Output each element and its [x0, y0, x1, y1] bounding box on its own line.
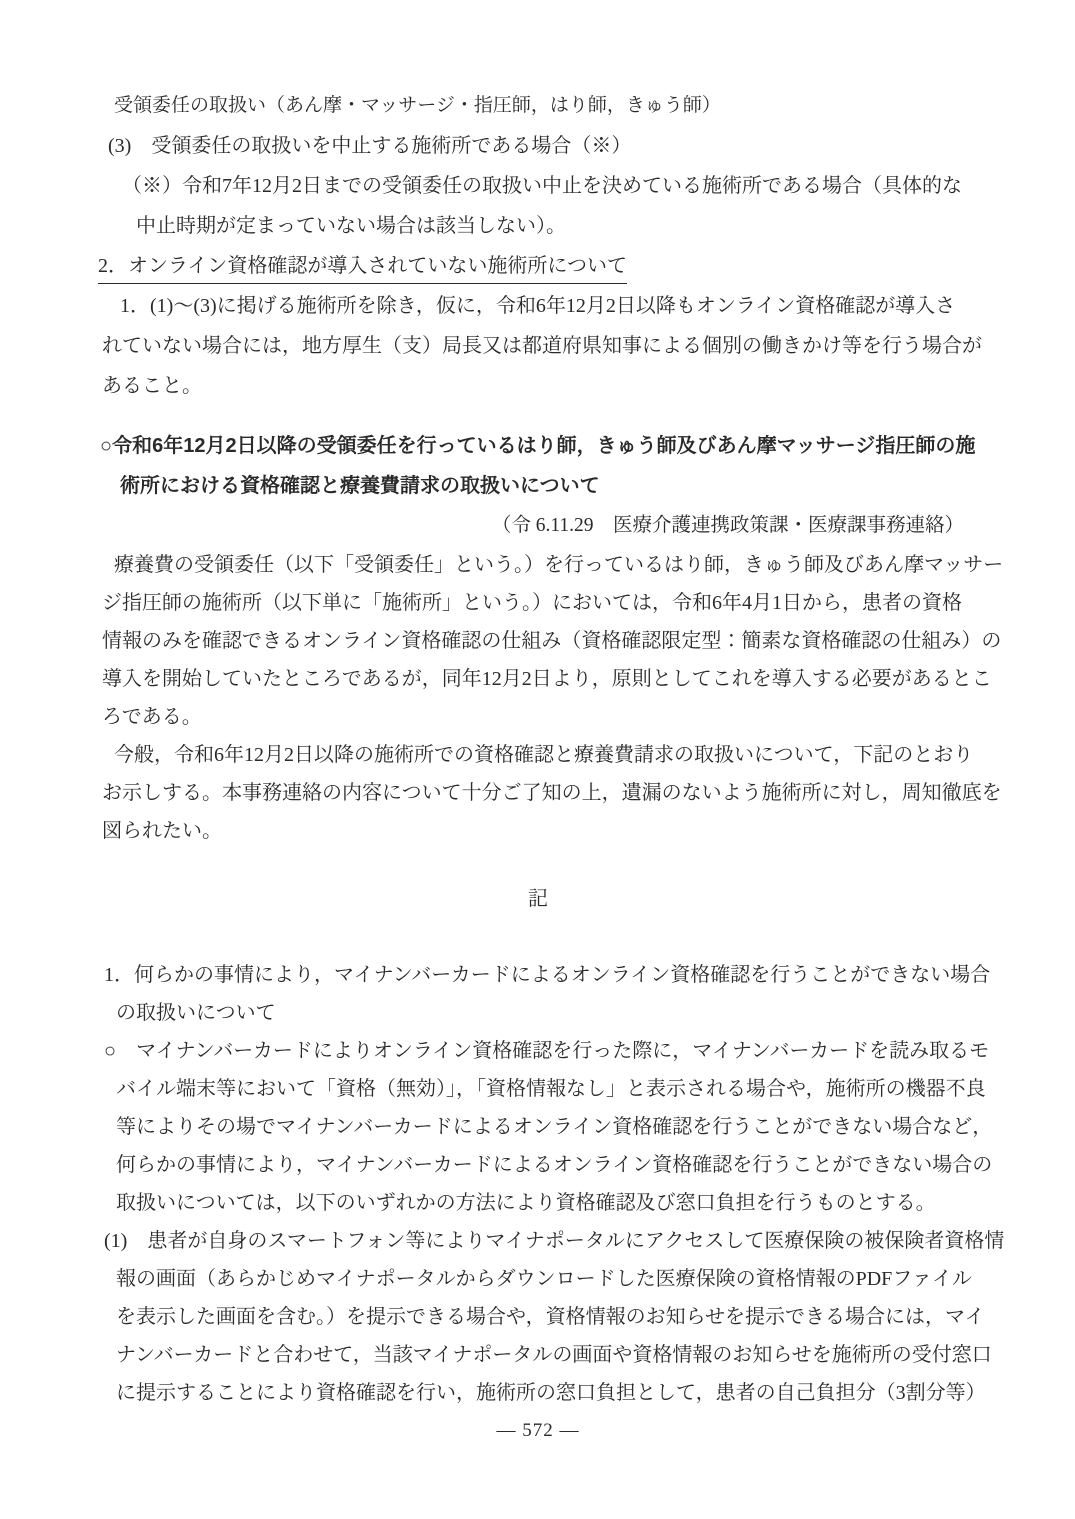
ki-marker: 記 [98, 880, 978, 918]
section-1-block: 1．何らかの事情により，マイナンバーカードによるオンライン資格確認を行うことがで… [98, 956, 978, 1412]
section-2-heading-line: 2．オンライン資格確認が導入されていない施術所について [98, 246, 978, 286]
intro-paragraph-line: 療養費の受領委任（以下「受領委任」という。）を行っているはり師，きゅう師及びあん… [98, 546, 978, 584]
sub-item-1-line: (1) 患者が自身のスマートフォン等によりマイナポータルにアクセスして医療保険の… [98, 1222, 978, 1260]
notice-issuer-line: （令 6.11.29 医療介護連携政策課・医療課事務連絡） [98, 506, 978, 546]
bullet-paragraph-line: ○ マイナンバーカードによりオンライン資格確認を行った際に，マイナンバーカードを… [98, 1032, 978, 1070]
item-3-note-line: 中止時期が定まっていない場合は該当しない）。 [98, 206, 978, 246]
intro-paragraph-2: 今般，令和6年12月2日以降の施術所での資格確認と療養費請求の取扱いについて，下… [98, 736, 978, 850]
bullet-paragraph-line: 等によりその場でマイナンバーカードによるオンライン資格確認を行うことができない場… [98, 1108, 978, 1146]
intro-paragraph-line: 図られたい。 [98, 812, 978, 850]
intro-paragraph-line: 今般，令和6年12月2日以降の施術所での資格確認と療養費請求の取扱いについて，下… [98, 736, 978, 774]
intro-paragraph-line: ろである。 [98, 698, 978, 736]
section-2-paragraph-line: れていない場合には，地方厚生（支）局長又は都道府県知事による個別の働きかけ等を行… [98, 326, 978, 366]
bullet-paragraph-line: バイル端末等において「資格（無効）」，「資格情報なし」と表示される場合や，施術所… [98, 1070, 978, 1108]
item-1-heading-line: の取扱いについて [98, 994, 978, 1032]
item-1-heading-line: 1．何らかの事情により，マイナンバーカードによるオンライン資格確認を行うことがで… [98, 956, 978, 994]
carryover-block: 受領委任の取扱い（あん摩・マッサージ・指圧師，はり師，きゅう師） (3) 受領委… [98, 86, 978, 406]
intro-paragraph-line: 情報のみを確認できるオンライン資格確認の仕組み（資格確認限定型：簡素な資格確認の… [98, 622, 978, 660]
notice-title-line: ○令和6年12月2日以降の受領委任を行っているはり師，きゅう師及びあん摩マッサー… [98, 426, 978, 466]
section-2-paragraph-line: あること。 [98, 366, 978, 406]
intro-paragraph-line: ジ指圧師の施術所（以下単に「施術所」という。）においては，令和6年4月1日から，… [98, 584, 978, 622]
document-page: 受領委任の取扱い（あん摩・マッサージ・指圧師，はり師，きゅう師） (3) 受領委… [0, 0, 1075, 1519]
section-2-paragraph-line: 1．(1)～(3)に掲げる施術所を除き，仮に，令和6年12月2日以降もオンライン… [98, 286, 978, 326]
notice-block: ○令和6年12月2日以降の受領委任を行っているはり師，きゅう師及びあん摩マッサー… [98, 426, 978, 1412]
section-2-heading: 2．オンライン資格確認が導入されていない施術所について [98, 251, 627, 284]
item-3-line: (3) 受領委任の取扱いを中止する施術所である場合（※） [98, 126, 978, 166]
bullet-paragraph-line: 取扱いについては，以下のいずれかの方法により資格確認及び窓口負担を行うものとする… [98, 1184, 978, 1222]
page-number: — 572 — [98, 1412, 978, 1450]
bullet-paragraph-line: 何らかの事情により，マイナンバーカードによるオンライン資格確認を行うことができな… [98, 1146, 978, 1184]
sub-item-1-line: ナンバーカードと合わせて，当該マイナポータルの画面や資格情報のお知らせを施術所の… [98, 1336, 978, 1374]
intro-paragraph-1: 療養費の受領委任（以下「受領委任」という。）を行っているはり師，きゅう師及びあん… [98, 546, 978, 736]
notice-title-line: 術所における資格確認と療養費請求の取扱いについて [98, 466, 978, 506]
sub-item-1-line: を表示した画面を含む。）を提示できる場合や，資格情報のお知らせを提示できる場合に… [98, 1298, 978, 1336]
sub-item-1-line: に提示することにより資格確認を行い，施術所の窓口負担として，患者の自己負担分（3… [98, 1374, 978, 1412]
intro-paragraph-line: お示しする。本事務連絡の内容について十分ご了知の上，遺漏のないよう施術所に対し，… [98, 774, 978, 812]
item-3-note-line: （※）令和7年12月2日までの受領委任の取扱い中止を決めている施術所である場合（… [98, 166, 978, 206]
carryover-text-line: 受領委任の取扱い（あん摩・マッサージ・指圧師，はり師，きゅう師） [98, 86, 978, 126]
intro-paragraph-line: 導入を開始していたところであるが，同年12月2日より，原則としてこれを導入する必… [98, 660, 978, 698]
sub-item-1-line: 報の画面（あらかじめマイナポータルからダウンロードした医療保険の資格情報のPDF… [98, 1260, 978, 1298]
